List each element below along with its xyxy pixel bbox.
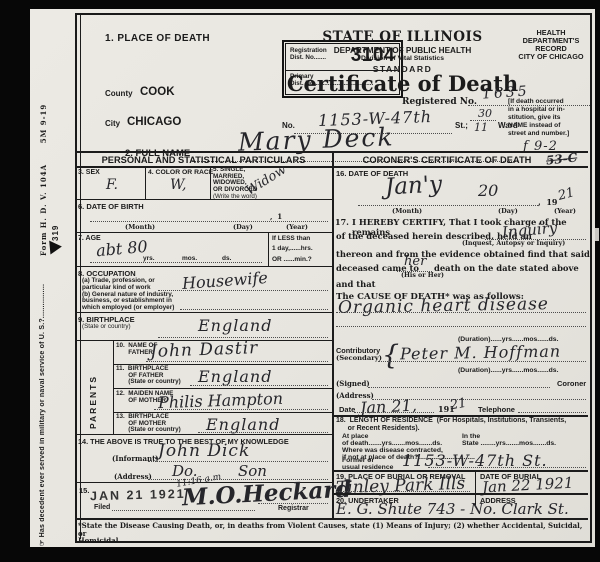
dob-year-label: (Year) bbox=[286, 223, 308, 231]
certify-line3: thereon and from the evidence obtained f… bbox=[336, 249, 590, 259]
scanned-death-certificate: Form H. D. V. 104A 5M 9-19 319 ☞ Has dec… bbox=[0, 0, 600, 562]
city-label: City bbox=[105, 119, 120, 128]
coroner-label: Coroner bbox=[557, 379, 586, 388]
batch-number-label: 319 bbox=[51, 201, 60, 241]
dob-label: 6. DATE OF BIRTH bbox=[78, 202, 144, 211]
footnote: *State the Disease Causing Death, or, in… bbox=[78, 522, 588, 545]
age-or-min-label: OR ......min.? bbox=[272, 256, 312, 263]
father-name-line bbox=[146, 361, 328, 362]
dob-line bbox=[90, 221, 328, 222]
right-rule-3 bbox=[332, 493, 588, 495]
cause-line-1 bbox=[336, 312, 586, 313]
state-heading: STATE OF ILLINOIS bbox=[310, 29, 495, 45]
filed-label: Filed bbox=[94, 504, 110, 511]
sex-label: 3. SEX bbox=[78, 169, 100, 176]
father-birthplace-value: England bbox=[198, 367, 272, 386]
his-her-value: her bbox=[404, 254, 426, 269]
parents-box-divider bbox=[113, 340, 114, 434]
date-line bbox=[354, 412, 434, 413]
age-line bbox=[90, 262, 262, 263]
certify-number: 17. bbox=[335, 217, 349, 227]
in-state-label: In the State ........yrs.......mos......… bbox=[462, 433, 556, 447]
registered-no-label: Registered No. bbox=[402, 97, 477, 107]
row-line-1 bbox=[75, 199, 332, 200]
parents-label: PARENTS bbox=[88, 351, 98, 429]
registrar-label: Registrar bbox=[278, 505, 309, 512]
father-name-value: John Dastir bbox=[150, 338, 259, 362]
occupation-a-label: (a) Trade, profession, or particular kin… bbox=[82, 278, 155, 292]
sex-race-divider bbox=[145, 166, 146, 199]
contributory-brace: { bbox=[382, 340, 399, 371]
ward-lower-value: 11 bbox=[474, 121, 488, 134]
ward-upper-value: 30 bbox=[478, 107, 492, 120]
contributory-line bbox=[378, 361, 586, 362]
death-day-label: (Day) bbox=[498, 207, 518, 215]
death-month-value: Jan'y bbox=[384, 172, 442, 201]
race-label: 4. COLOR OR RACE bbox=[148, 169, 213, 176]
filed-date-stamp: JAN 21 1921 bbox=[90, 487, 186, 503]
department-heading: DEPARTMENT OF PUBLIC HEALTH bbox=[310, 46, 495, 55]
birthplace-value: England bbox=[198, 316, 272, 335]
filed-number-label: 15. bbox=[79, 486, 89, 495]
row-line-9 bbox=[75, 434, 332, 435]
place-of-death-label: 1. PLACE OF DEATH bbox=[105, 33, 210, 44]
secondary-label: (Secondary) bbox=[336, 354, 382, 362]
age-one-day-label: 1 day,......hrs. bbox=[272, 245, 313, 252]
father-birthplace-label: 11. BIRTHPLACE OF FATHER (State or count… bbox=[116, 366, 181, 386]
registrar-line bbox=[258, 503, 328, 504]
row-line-4 bbox=[75, 312, 332, 313]
former-residence-line bbox=[428, 467, 586, 468]
death-date-line bbox=[358, 205, 538, 206]
occupation-b-line bbox=[180, 309, 328, 310]
duration2-label: (Duration)......yrs......mos......ds. bbox=[458, 367, 558, 374]
mother-name-line bbox=[154, 409, 328, 410]
coroner-section-title: CORONER'S CERTIFICATE OF DEATH bbox=[332, 155, 562, 165]
mother-birthplace-line bbox=[198, 432, 328, 433]
dob-year-prefix: , 1 bbox=[270, 212, 282, 221]
personal-section-title: PERSONAL AND STATISTICAL PARTICULARS bbox=[75, 155, 332, 165]
mother-birthplace-label: 13. BIRTHPLACE OF MOTHER (State or count… bbox=[116, 414, 181, 434]
former-residence-label: Former or usual residence bbox=[342, 457, 393, 471]
death-year-label: (Year) bbox=[554, 207, 576, 215]
cause-of-death-value: Organic heart disease bbox=[338, 294, 549, 318]
race-marital-divider bbox=[210, 166, 211, 199]
bottom-rule bbox=[75, 518, 588, 520]
informant-relation-value: Son bbox=[238, 462, 267, 480]
informant-value: John Dick bbox=[158, 441, 250, 461]
at-place-label: At place of death.......yrs.......mos...… bbox=[342, 433, 442, 447]
death-day-value: 20 bbox=[478, 181, 498, 200]
ward-line bbox=[470, 120, 496, 121]
cause-line-2 bbox=[336, 326, 586, 327]
age-cell-divider bbox=[268, 232, 269, 266]
sex-value: F. bbox=[106, 177, 118, 193]
date-label: Date bbox=[339, 405, 355, 414]
death-month-label: (Month) bbox=[392, 207, 422, 215]
signed-line bbox=[368, 387, 550, 388]
hospital-note: [If death occurred in a hospital or in- … bbox=[508, 98, 594, 138]
dob-month-label: (Month) bbox=[125, 223, 155, 231]
father-birthplace-line bbox=[190, 385, 328, 386]
division-heading: Division of Vital Statistics bbox=[310, 55, 495, 62]
certificate-paper: Form H. D. V. 104A 5M 9-19 319 ☞ Has dec… bbox=[30, 9, 595, 547]
certify-line4b: death on the date stated above bbox=[434, 263, 579, 273]
informant-address-label: (Address) bbox=[114, 472, 152, 481]
residence-label: 18. LENGTH OF RESIDENCE (For Hospitals, … bbox=[336, 417, 566, 432]
age-less-than-label: If LESS than bbox=[272, 235, 310, 242]
age-mos-label: mos. bbox=[182, 255, 197, 262]
row-line-3 bbox=[75, 266, 332, 267]
column-divider bbox=[332, 151, 334, 518]
age-ds-label: ds. bbox=[222, 255, 231, 262]
age-yrs-label: yrs. bbox=[143, 255, 155, 262]
county-value: COOK bbox=[140, 86, 175, 98]
health-record-heading: HEALTH DEPARTMENT'S RECORD CITY OF CHICA… bbox=[508, 29, 594, 61]
military-service-question: ☞ Has decedent ever served in military o… bbox=[39, 268, 47, 546]
row-line-7 bbox=[113, 388, 332, 389]
county-label: County bbox=[105, 89, 133, 98]
date-year-handwritten: 21 bbox=[449, 396, 468, 414]
inquest-sub-label: (Inquest, Autopsy or Inquiry) bbox=[462, 240, 565, 247]
occupation-b-label: (b) General nature of industry, business… bbox=[82, 292, 174, 311]
city-value: CHICAGO bbox=[127, 116, 181, 128]
telephone-label: Telephone bbox=[478, 405, 515, 414]
undertaker-value: E. G. Shute 743 - No. Clark St. bbox=[336, 500, 569, 518]
birthplace-sub-label: (State or country) bbox=[82, 323, 131, 330]
his-her-sub-label: (His or Her) bbox=[401, 272, 444, 279]
dob-day-label: (Day) bbox=[233, 223, 253, 231]
telephone-line bbox=[518, 412, 586, 413]
burial-place-line bbox=[336, 491, 470, 492]
race-value: W, bbox=[170, 177, 186, 193]
row-line-2 bbox=[75, 232, 332, 233]
signed-label: (Signed) bbox=[336, 379, 370, 388]
form-code-label: Form H. D. V. 104A 5M 9-19 bbox=[39, 51, 48, 256]
certify-line5: and that bbox=[336, 279, 376, 289]
st-label: St.; bbox=[455, 121, 468, 130]
death-year-printed: , 19 bbox=[538, 197, 558, 207]
